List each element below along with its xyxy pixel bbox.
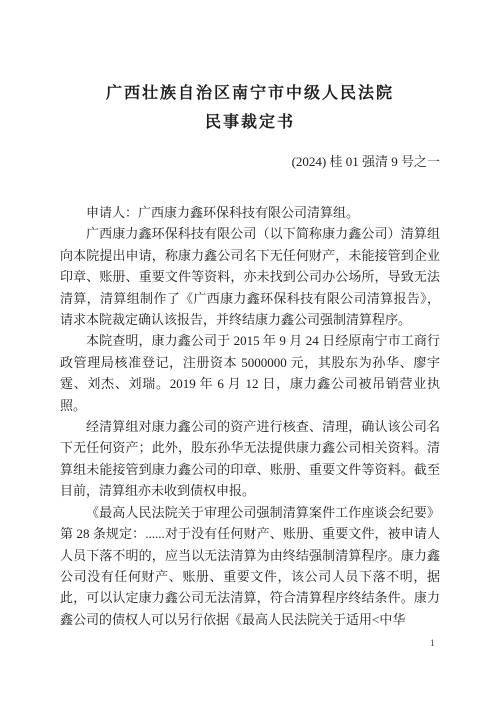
paragraph-legal-basis: 《最高人民法院关于审理公司强制清算案件工作座谈会纪要》第 28 条规定：....… (60, 502, 440, 630)
paragraph-court-findings: 本院查明，康力鑫公司于 2015 年 9 月 24 日经原南宁市工商行政管理局核… (60, 330, 440, 416)
case-number: (2024) 桂 01 强清 9 号之一 (60, 154, 440, 170)
paragraph-applicant: 申请人：广西康力鑫环保科技有限公司清算组。 (60, 202, 440, 223)
paragraph-application: 广西康力鑫环保科技有限公司（以下简称康力鑫公司）清算组向本院提出申请，称康力鑫公… (60, 223, 440, 330)
document-type-heading: 民事裁定书 (60, 113, 440, 133)
document-page: 广西壮族自治区南宁市中级人民法院 民事裁定书 (2024) 桂 01 强清 9 … (0, 0, 500, 707)
document-body: 申请人：广西康力鑫环保科技有限公司清算组。 广西康力鑫环保科技有限公司（以下简称… (60, 202, 440, 630)
page-number: 1 (430, 638, 435, 648)
court-name-heading: 广西壮族自治区南宁市中级人民法院 (60, 84, 440, 104)
paragraph-liquidation-check: 经清算组对康力鑫公司的资产进行核查、清理，确认该公司名下无任何资产；此外，股东孙… (60, 416, 440, 502)
